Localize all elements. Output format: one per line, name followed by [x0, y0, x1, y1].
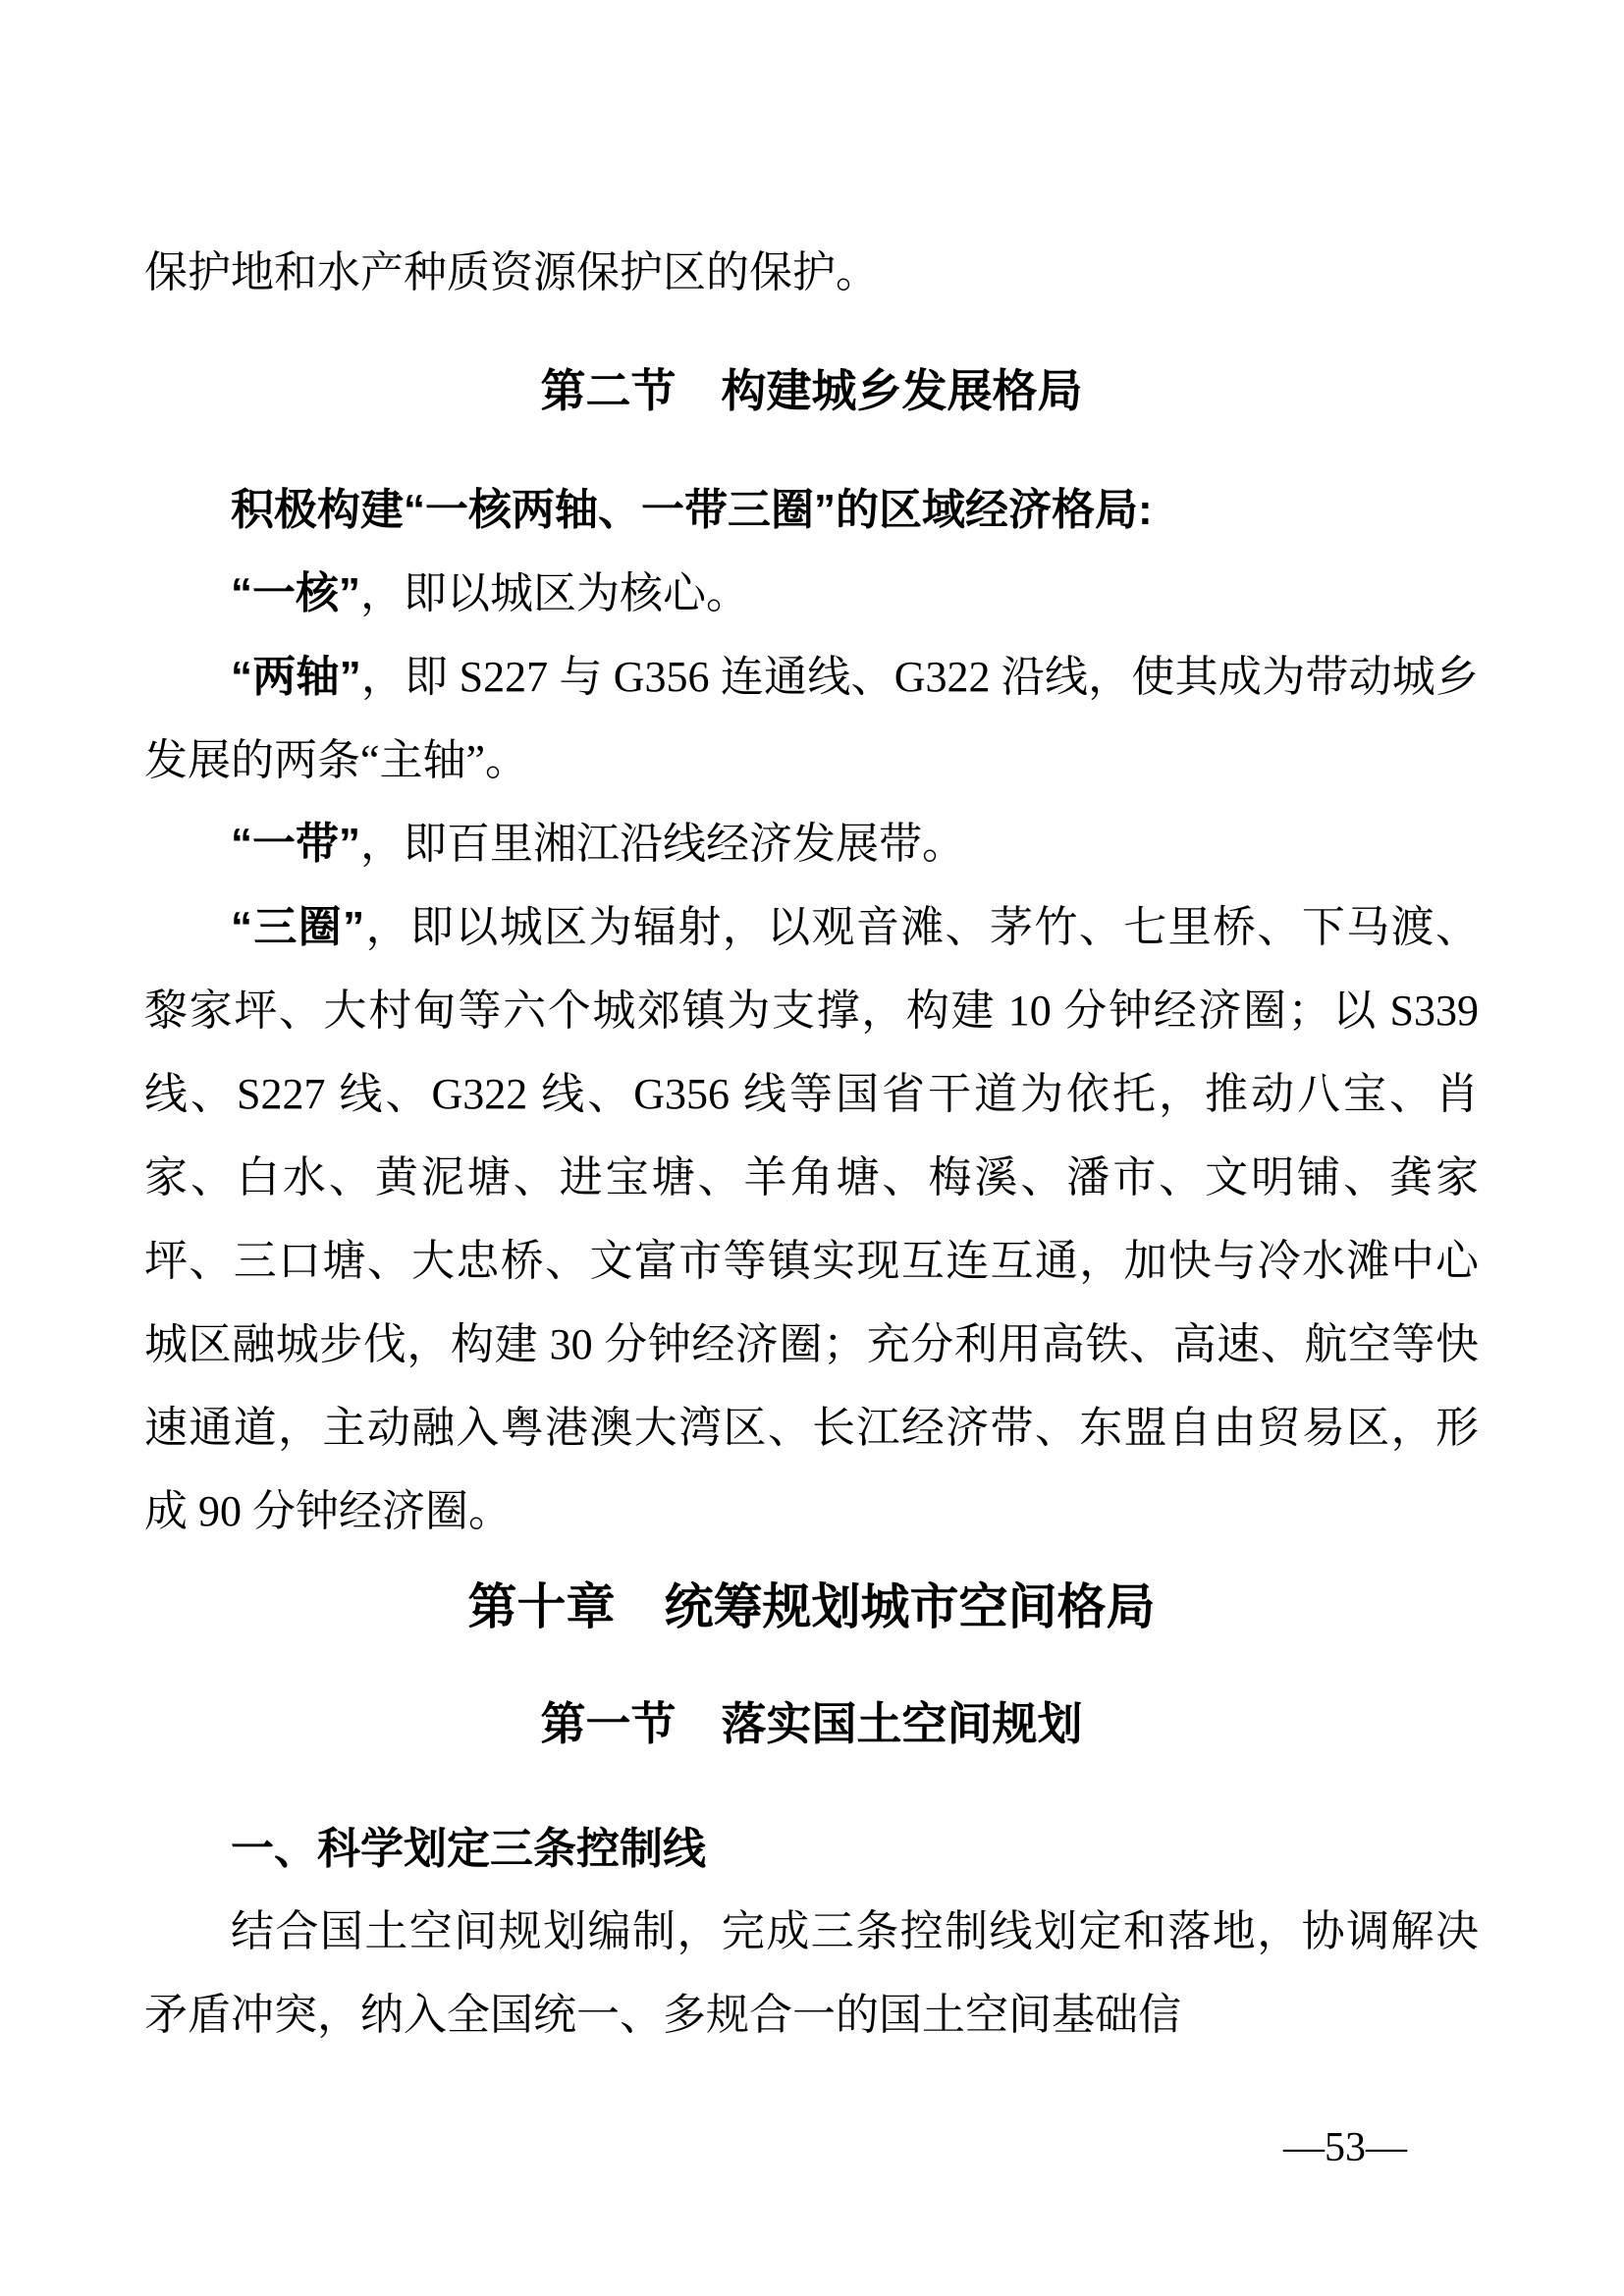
item-belt-lead: “一带”	[231, 820, 360, 868]
item-circles-body: ，即以城区为辐射，以观音滩、茅竹、七里桥、下马渡、黎家坪、大村甸等六个城郊镇为支…	[144, 903, 1479, 1535]
item-paragraph-circles: “三圈”，即以城区为辐射，以观音滩、茅竹、七里桥、下马渡、黎家坪、大村甸等六个城…	[144, 885, 1479, 1553]
item-axes-lead: “两轴”	[231, 653, 361, 701]
item-paragraph-axes: “两轴”，即 S227 与 G356 连通线、G322 沿线，使其成为带动城乡发…	[144, 635, 1479, 802]
document-page: 保护地和水产种质资源保护区的保护。 第二节 构建城乡发展格局 积极构建“一核两轴…	[0, 0, 1624, 2296]
subsection-heading: 一、科学划定三条控制线	[144, 1820, 1479, 1879]
item-circles-lead: “三圈”	[231, 903, 364, 951]
item-belt-body: ，即百里湘江沿线经济发展带。	[360, 820, 965, 868]
closing-paragraph: 结合国土空间规划编制，完成三条控制线划定和落地，协调解决矛盾冲突，纳入全国统一、…	[144, 1890, 1479, 2056]
section-1-heading: 第一节 落实国土空间规划	[144, 1694, 1479, 1753]
section-2-heading: 第二节 构建城乡发展格局	[144, 361, 1479, 420]
item-core-lead: “一核”	[231, 569, 360, 617]
item-paragraph-belt: “一带”，即百里湘江沿线经济发展带。	[144, 802, 1479, 885]
item-core-body: ，即以城区为核心。	[360, 569, 749, 617]
lead-paragraph: 积极构建“一核两轴、一带三圈”的区域经济格局:	[144, 468, 1479, 552]
item-paragraph-core: “一核”，即以城区为核心。	[144, 552, 1479, 635]
intro-line: 保护地和水产种质资源保护区的保护。	[144, 231, 1479, 314]
chapter-10-heading: 第十章 统筹规划城市空间格局	[144, 1575, 1479, 1639]
page-number: —53—	[1283, 2126, 1407, 2169]
